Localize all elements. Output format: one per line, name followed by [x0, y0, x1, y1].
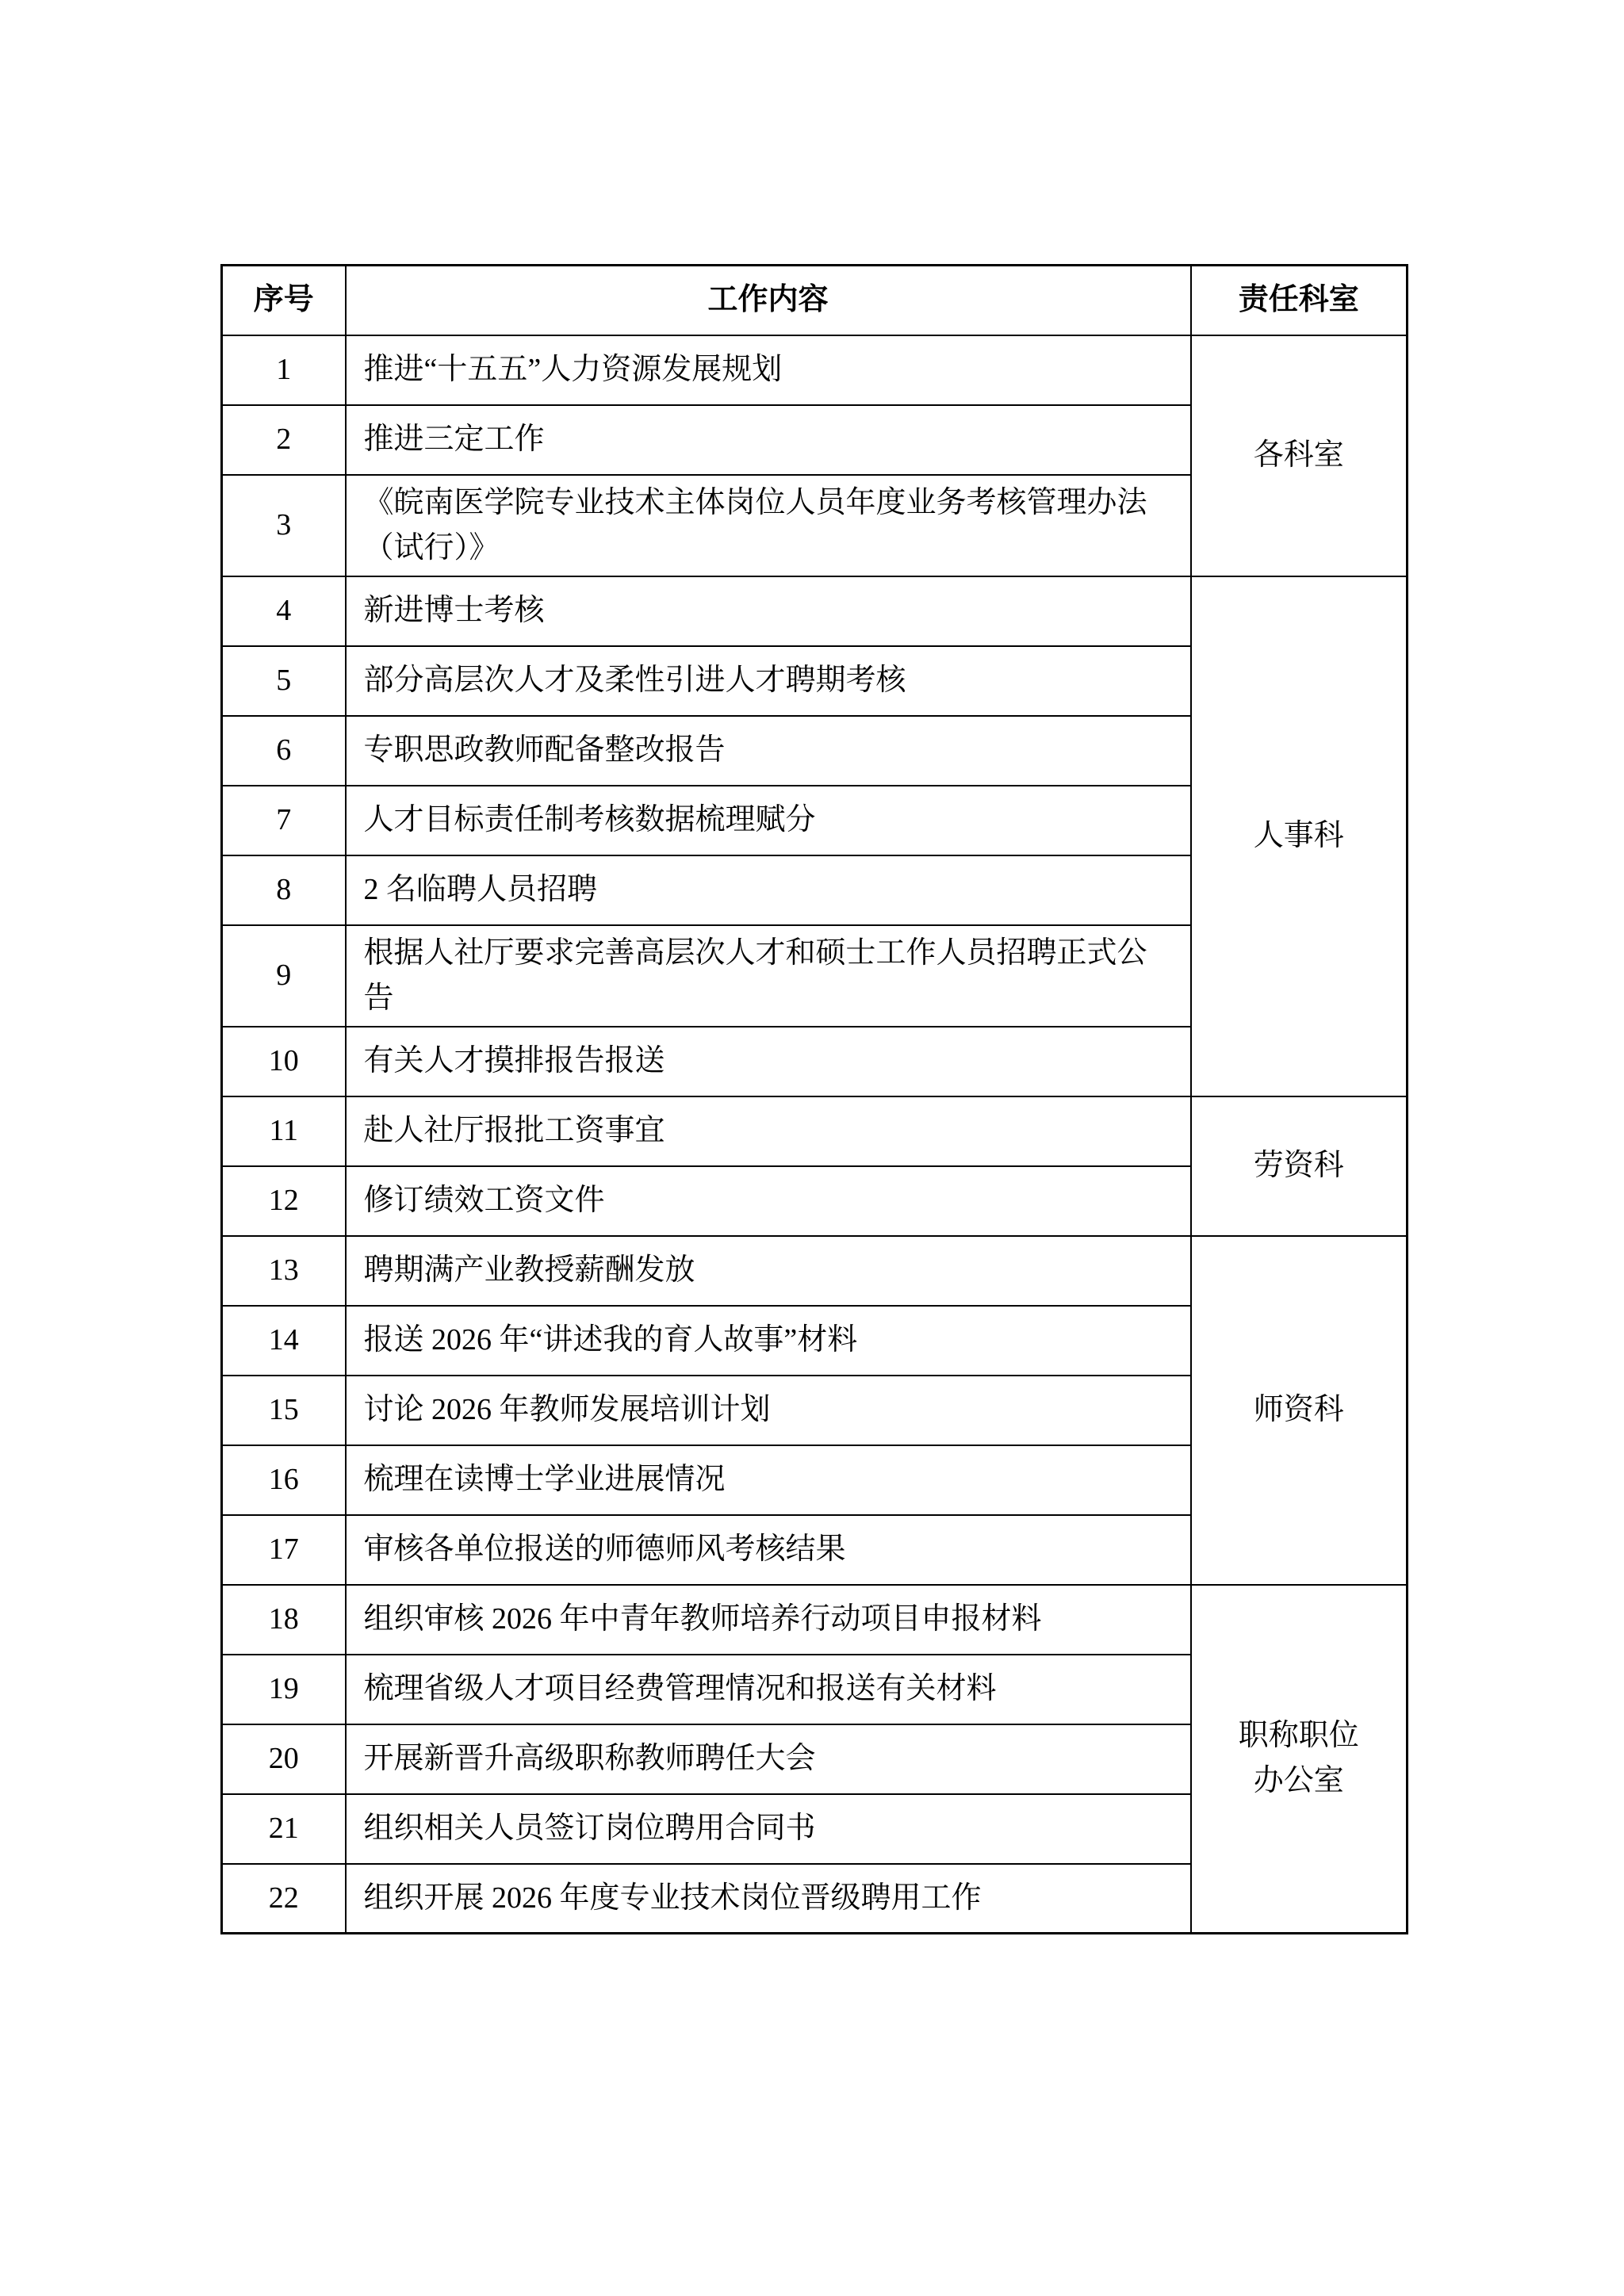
cell-serial-number: 22: [222, 1864, 346, 1934]
cell-work-content: 组织相关人员签订岗位聘用合同书: [346, 1794, 1191, 1864]
cell-work-content: 讨论 2026 年教师发展培训计划: [346, 1376, 1191, 1445]
cell-serial-number: 14: [222, 1306, 346, 1376]
work-plan-table: 序号 工作内容 责任科室 1推进“十五五”人力资源发展规划各科室2推进三定工作3…: [220, 264, 1408, 1934]
cell-work-content: 人才目标责任制考核数据梳理赋分: [346, 786, 1191, 855]
cell-responsible-dept: 劳资科: [1191, 1096, 1408, 1236]
cell-work-content: 2 名临聘人员招聘: [346, 855, 1191, 925]
cell-work-content: 新进博士考核: [346, 576, 1191, 646]
column-header-serial-number: 序号: [222, 266, 346, 335]
cell-serial-number: 18: [222, 1585, 346, 1655]
cell-serial-number: 2: [222, 405, 346, 475]
cell-responsible-dept: 职称职位 办公室: [1191, 1585, 1408, 1934]
table-row: 1推进“十五五”人力资源发展规划各科室: [222, 335, 1408, 405]
cell-serial-number: 3: [222, 475, 346, 576]
table-row: 4新进博士考核人事科: [222, 576, 1408, 646]
cell-work-content: 根据人社厅要求完善高层次人才和硕士工作人员招聘正式公告: [346, 925, 1191, 1027]
cell-work-content: 有关人才摸排报告报送: [346, 1027, 1191, 1096]
cell-work-content: 报送 2026 年“讲述我的育人故事”材料: [346, 1306, 1191, 1376]
cell-work-content: 审核各单位报送的师德师风考核结果: [346, 1515, 1191, 1585]
cell-serial-number: 21: [222, 1794, 346, 1864]
cell-responsible-dept: 人事科: [1191, 576, 1408, 1096]
cell-serial-number: 8: [222, 855, 346, 925]
cell-work-content: 赴人社厅报批工资事宜: [346, 1096, 1191, 1166]
cell-work-content: 部分高层次人才及柔性引进人才聘期考核: [346, 646, 1191, 716]
document-page: 序号 工作内容 责任科室 1推进“十五五”人力资源发展规划各科室2推进三定工作3…: [0, 0, 1624, 2296]
cell-serial-number: 7: [222, 786, 346, 855]
header-row: 序号 工作内容 责任科室: [222, 266, 1408, 335]
cell-work-content: 《皖南医学院专业技术主体岗位人员年度业务考核管理办法（试行）》: [346, 475, 1191, 576]
cell-responsible-dept: 师资科: [1191, 1236, 1408, 1585]
table-row: 18组织审核 2026 年中青年教师培养行动项目申报材料职称职位 办公室: [222, 1585, 1408, 1655]
cell-serial-number: 20: [222, 1724, 346, 1794]
cell-work-content: 梳理省级人才项目经费管理情况和报送有关材料: [346, 1655, 1191, 1724]
cell-work-content: 专职思政教师配备整改报告: [346, 716, 1191, 786]
column-header-responsible-dept: 责任科室: [1191, 266, 1408, 335]
cell-serial-number: 4: [222, 576, 346, 646]
cell-work-content: 组织审核 2026 年中青年教师培养行动项目申报材料: [346, 1585, 1191, 1655]
cell-work-content: 推进“十五五”人力资源发展规划: [346, 335, 1191, 405]
cell-work-content: 开展新晋升高级职称教师聘任大会: [346, 1724, 1191, 1794]
cell-serial-number: 12: [222, 1166, 346, 1236]
cell-serial-number: 6: [222, 716, 346, 786]
cell-work-content: 梳理在读博士学业进展情况: [346, 1445, 1191, 1515]
cell-serial-number: 19: [222, 1655, 346, 1724]
cell-serial-number: 13: [222, 1236, 346, 1306]
table-row: 11赴人社厅报批工资事宜劳资科: [222, 1096, 1408, 1166]
cell-serial-number: 10: [222, 1027, 346, 1096]
cell-work-content: 组织开展 2026 年度专业技术岗位晋级聘用工作: [346, 1864, 1191, 1934]
column-header-work-content: 工作内容: [346, 266, 1191, 335]
cell-serial-number: 1: [222, 335, 346, 405]
cell-serial-number: 11: [222, 1096, 346, 1166]
cell-work-content: 推进三定工作: [346, 405, 1191, 475]
cell-serial-number: 17: [222, 1515, 346, 1585]
cell-responsible-dept: 各科室: [1191, 335, 1408, 576]
table-row: 13聘期满产业教授薪酬发放师资科: [222, 1236, 1408, 1306]
cell-serial-number: 16: [222, 1445, 346, 1515]
cell-serial-number: 5: [222, 646, 346, 716]
cell-work-content: 修订绩效工资文件: [346, 1166, 1191, 1236]
cell-serial-number: 9: [222, 925, 346, 1027]
cell-work-content: 聘期满产业教授薪酬发放: [346, 1236, 1191, 1306]
cell-serial-number: 15: [222, 1376, 346, 1445]
